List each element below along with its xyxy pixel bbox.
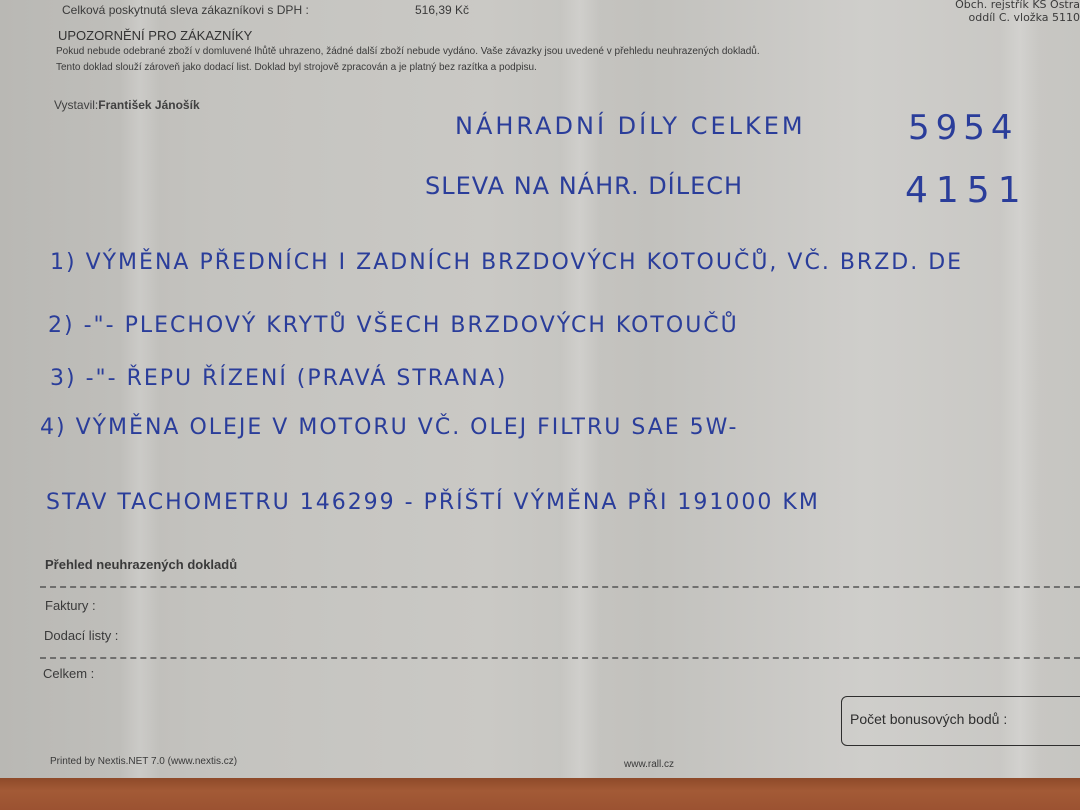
handwritten-odometer-line: STAV TACHOMETRU 146299 - PŘÍŠTÍ VÝMĚNA P… (46, 490, 820, 515)
wooden-table (0, 778, 1080, 810)
website: www.rall.cz (624, 759, 674, 770)
warning-text-1: Pokud nebude odebrané zboží v domluvené … (56, 46, 760, 57)
handwritten-parts-discount-label: SLEVA NA NÁHR. DÍLECH (425, 172, 743, 200)
total-label: Celkem : (43, 666, 94, 681)
handwritten-parts-discount-value: 4151 (905, 170, 1029, 211)
issuer-label: Vystavil: (54, 98, 98, 112)
warning-title: UPOZORNĚNÍ PRO ZÁKAZNÍKY (58, 28, 252, 43)
dashed-divider (40, 586, 1080, 588)
receipt-paper: Celková poskytnutá sleva zákazníkovi s D… (0, 0, 1080, 778)
handwritten-line-1: 1) VÝMĚNA PŘEDNÍCH I ZADNÍCH BRZDOVÝCH K… (50, 250, 963, 275)
issuer: Vystavil:František Jánošík (54, 98, 200, 112)
handwritten-line-4: 4) VÝMĚNA OLEJE V MOTORU VČ. OLEJ FILTRU… (40, 415, 738, 440)
registry-line-1: Obch. rejstřík KS Ostra (880, 0, 1080, 11)
dashed-divider (40, 657, 1080, 659)
invoices-label: Faktury : (45, 598, 96, 613)
unpaid-overview-title: Přehled neuhrazených dokladů (45, 557, 237, 572)
bonus-points-label: Počet bonusových bodů : (850, 711, 1007, 727)
delivery-notes-label: Dodací listy : (44, 628, 118, 643)
warning-text-2: Tento doklad slouží zároveň jako dodací … (56, 62, 537, 73)
bonus-points-box: Počet bonusových bodů : (841, 696, 1080, 746)
discount-value: 516,39 Kč (415, 3, 469, 17)
issuer-name: František Jánošík (98, 98, 199, 112)
handwritten-line-3: 3) -"- ŘEPU ŘÍZENÍ (PRAVÁ STRANA) (50, 366, 507, 391)
handwritten-parts-total-label: NÁHRADNÍ DÍLY CELKEM (455, 112, 806, 140)
handwritten-parts-total-value: 5954 (908, 108, 1019, 148)
discount-label: Celková poskytnutá sleva zákazníkovi s D… (62, 3, 309, 17)
handwritten-line-2: 2) -"- PLECHOVÝ KRYTŮ VŠECH BRZDOVÝCH KO… (48, 313, 739, 338)
registry-line-2: oddíl C. vložka 5110 (880, 11, 1080, 24)
printed-by: Printed by Nextis.NET 7.0 (www.nextis.cz… (50, 756, 237, 767)
